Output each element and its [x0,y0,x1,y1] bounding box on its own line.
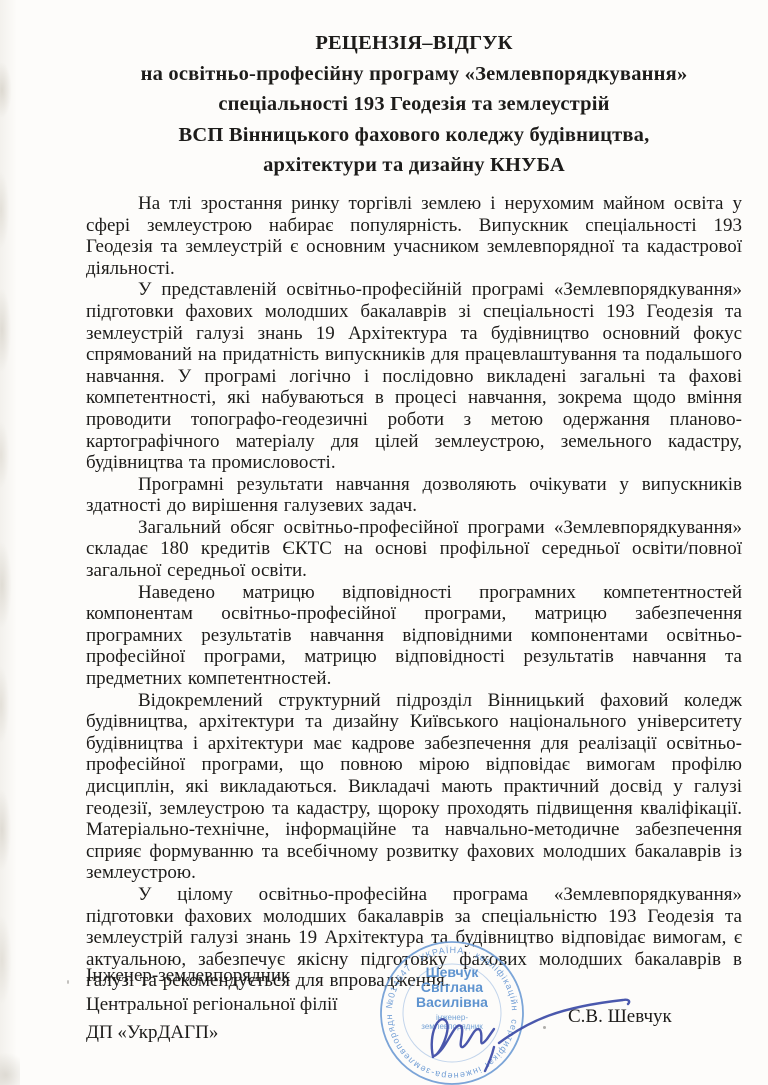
paragraph: На тлі зростання ринку торгівлі землею і… [86,193,742,279]
title-line-4: ВСП Вінницького фахового коледжу будівни… [86,120,742,151]
signature-section: Інженер-землевпорядник Центральної регіо… [0,930,768,1085]
document-body: На тлі зростання ринку торгівлі землею і… [86,193,742,992]
signer-position-block: Інженер-землевпорядник Центральної регіо… [86,962,338,1048]
signer-position-line-2: Центральної регіональної філії [86,991,338,1020]
title-line-1: РЕЦЕНЗІЯ–ВІДГУК [86,28,742,59]
paragraph: Загальний обсяг освітньо-професійної про… [86,517,742,582]
title-line-2: на освітньо-професійну програму «Землевп… [86,59,742,90]
paragraph: Відокремлений структурний підрозділ Вінн… [86,690,742,884]
title-line-3: спеціальності 193 Геодезія та землеустрі… [86,89,742,120]
title-line-5: архітектури та дизайну КНУБА [86,150,742,181]
signer-position-line-3: ДП «УкрДАГП» [86,1019,338,1048]
paragraph: Програмні результати навчання дозволяють… [86,474,742,517]
document-title: РЕЦЕНЗІЯ–ВІДГУК на освітньо-професійну п… [86,28,742,181]
scanned-document-page: РЕЦЕНЗІЯ–ВІДГУК на освітньо-професійну п… [0,0,768,1085]
paper-speck [67,980,69,984]
paper-speck [543,1026,546,1029]
signer-position-line-1: Інженер-землевпорядник [86,962,338,991]
paragraph: У представленій освітньо-професійній про… [86,279,742,473]
stamp-name-line-1: Шевчук [426,964,480,980]
paragraph: Наведено матрицю відповідності програмни… [86,582,742,690]
handwritten-signature [395,985,640,1085]
signer-name: С.В. Шевчук [568,1006,672,1028]
